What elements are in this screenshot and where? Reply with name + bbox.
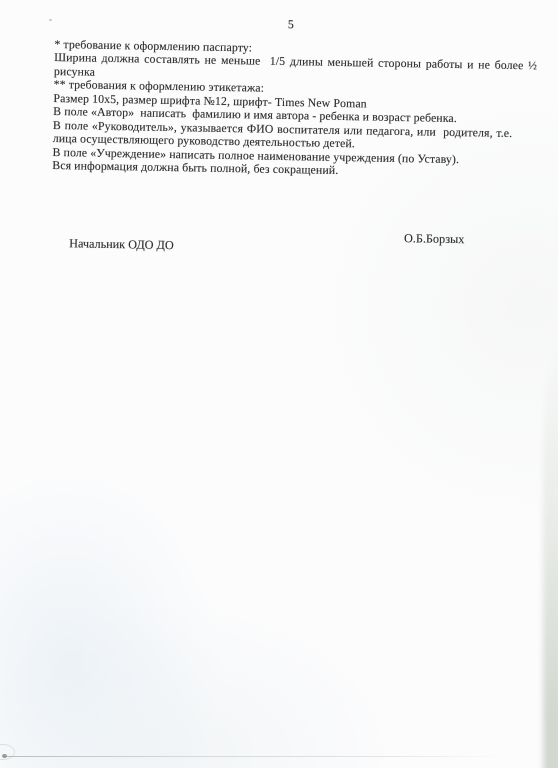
signature-name: О.Б.Борзых	[404, 231, 465, 247]
scanned-document-page: 5 * требование к оформлению паспарту: Ши…	[0, 0, 558, 768]
scan-bottom-line	[3, 756, 505, 757]
document-body: * требование к оформлению паспарту: Шири…	[52, 38, 504, 180]
scan-right-edge-shadow	[543, 346, 558, 768]
signature-row: Начальник ОДО ДО О.Б.Борзых	[50, 221, 501, 289]
scan-speck	[49, 19, 52, 21]
page-number: 5	[288, 17, 294, 32]
signature-title: Начальник ОДО ДО	[69, 236, 174, 252]
scan-bottom-dot	[2, 754, 7, 758]
document-content: 5 * требование к оформлению паспарту: Ши…	[55, 10, 505, 18]
